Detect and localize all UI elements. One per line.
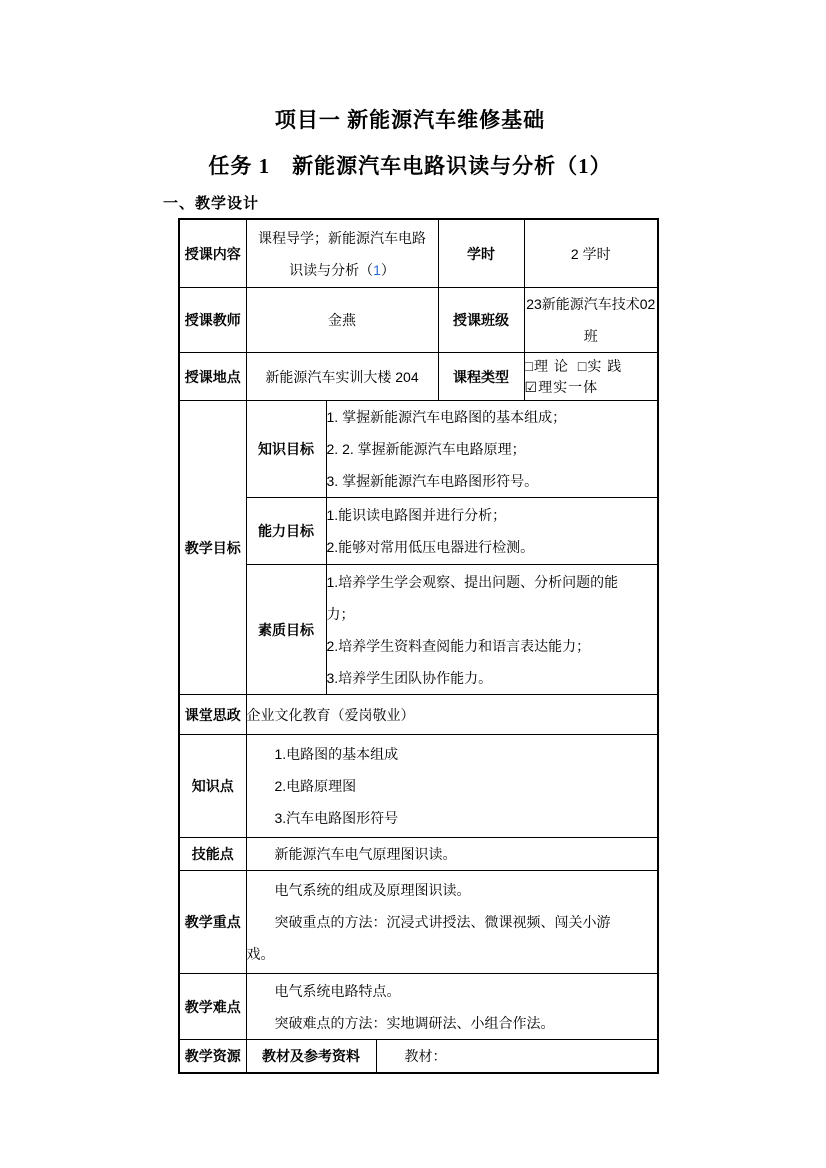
- difficult-points-line: 电气系统电路特点。: [247, 975, 658, 1007]
- table-row: 授课教师 金燕 授课班级 23新能源汽车技术02班: [179, 288, 658, 353]
- cell-label-knowledge-goal: 知识目标: [246, 401, 326, 498]
- knowledge-goal-line: 1. 掌握新能源汽车电路图的基本组成；: [327, 401, 658, 433]
- key-points-line: 戏。: [247, 938, 658, 970]
- cell-difficult-points-value: 电气系统电路特点。 突破难点的方法：实地调研法、小组合作法。: [246, 974, 658, 1040]
- course-type-option-label: 实 践: [587, 358, 622, 374]
- checkbox-unchecked-icon: □: [578, 356, 587, 377]
- quality-goal-line: 力；: [327, 598, 658, 630]
- cell-label-difficult-points: 教学难点: [179, 974, 246, 1040]
- table-row: 教学重点 电气系统的组成及原理图识读。 突破重点的方法：沉浸式讲授法、微课视频、…: [179, 871, 658, 974]
- table-row: 素质目标 1.培养学生学会观察、提出问题、分析问题的能 力； 2.培养学生资料查…: [179, 565, 658, 695]
- course-type-option-label: 理 论: [534, 358, 569, 374]
- cell-label-hours: 学时: [438, 219, 524, 288]
- table-row: 教学难点 电气系统电路特点。 突破难点的方法：实地调研法、小组合作法。: [179, 974, 658, 1040]
- key-points-line: 电气系统的组成及原理图识读。: [247, 874, 658, 906]
- cell-course-content-value: 课程导学；新能源汽车电路 识读与分析（1）: [246, 219, 438, 288]
- quality-goal-line: 3.培养学生团队协作能力。: [327, 662, 658, 694]
- course-type-option-label: 理实一体: [538, 379, 598, 395]
- knowledge-point-line: 1.电路图的基本组成: [247, 738, 658, 770]
- course-content-line2: 识读与分析（1）: [247, 254, 438, 286]
- table-row: 授课内容 课程导学；新能源汽车电路 识读与分析（1） 学时 2 学时: [179, 219, 658, 288]
- checkbox-checked-icon: ☑: [525, 377, 539, 398]
- key-points-line: 突破重点的方法：沉浸式讲授法、微课视频、闯关小游: [247, 906, 658, 938]
- cell-label-textbook-references: 教材及参考资料: [246, 1040, 376, 1074]
- document-page: 项目一 新能源汽车维修基础 任务 1 新能源汽车电路识读与分析（1） 一、教学设…: [0, 0, 826, 1168]
- checkbox-unchecked-icon: □: [525, 356, 534, 377]
- cell-label-resources: 教学资源: [179, 1040, 246, 1074]
- cell-quality-goal-value: 1.培养学生学会观察、提出问题、分析问题的能 力； 2.培养学生资料查阅能力和语…: [326, 565, 658, 695]
- teaching-design-table: 授课内容 课程导学；新能源汽车电路 识读与分析（1） 学时 2 学时 授课教师 …: [178, 218, 659, 1074]
- course-content-line2-post: ）: [381, 262, 395, 278]
- course-type-option-practice: □实 践: [578, 356, 622, 377]
- course-type-options-line2: ☑理实一体: [525, 377, 658, 398]
- ideology-content: 企业文化教育（爱岗敬业）: [247, 699, 658, 731]
- cell-label-location: 授课地点: [179, 353, 246, 401]
- cell-key-points-value: 电气系统的组成及原理图识读。 突破重点的方法：沉浸式讲授法、微课视频、闯关小游 …: [246, 871, 658, 974]
- course-type-option-theory: □理 论: [525, 356, 569, 377]
- knowledge-point-line: 3.汽车电路图形符号: [247, 802, 658, 834]
- cell-label-class: 授课班级: [438, 288, 524, 353]
- cell-label-skill-points: 技能点: [179, 838, 246, 871]
- cell-class-value: 23新能源汽车技术02班: [524, 288, 658, 353]
- cell-label-course-type: 课程类型: [438, 353, 524, 401]
- quality-goal-line: 2.培养学生资料查阅能力和语言表达能力；: [327, 630, 658, 662]
- cell-knowledge-points-value: 1.电路图的基本组成 2.电路原理图 3.汽车电路图形符号: [246, 735, 658, 838]
- cell-course-type-value: □理 论□实 践 ☑理实一体: [524, 353, 658, 401]
- document-subtitle: 任务 1 新能源汽车电路识读与分析（1）: [150, 150, 670, 180]
- cell-hours-value: 2 学时: [524, 219, 658, 288]
- ability-goal-line: 1.能识读电路图并进行分析；: [327, 499, 658, 531]
- quality-goal-line: 1.培养学生学会观察、提出问题、分析问题的能: [327, 566, 658, 598]
- course-type-option-integrated: ☑理实一体: [525, 377, 599, 398]
- difficult-points-line: 突破难点的方法：实地调研法、小组合作法。: [247, 1007, 658, 1039]
- cell-location-value: 新能源汽车实训大楼 204: [246, 353, 438, 401]
- cell-textbook-value: 教材：: [376, 1040, 658, 1074]
- cell-label-ideology: 课堂思政: [179, 695, 246, 735]
- section-heading: 一、教学设计: [163, 192, 259, 213]
- textbook-content: 教材：: [377, 1040, 658, 1072]
- course-content-line2-pre: 识读与分析（: [289, 262, 373, 278]
- cell-knowledge-goal-value: 1. 掌握新能源汽车电路图的基本组成； 2. 2. 掌握新能源汽车电路原理； 3…: [326, 401, 658, 498]
- skill-points-content: 新能源汽车电气原理图识读。: [247, 838, 658, 870]
- knowledge-point-line: 2.电路原理图: [247, 770, 658, 802]
- table-row: 教学目标 知识目标 1. 掌握新能源汽车电路图的基本组成； 2. 2. 掌握新能…: [179, 401, 658, 498]
- cell-label-quality-goal: 素质目标: [246, 565, 326, 695]
- cell-label-teacher: 授课教师: [179, 288, 246, 353]
- cell-label-ability-goal: 能力目标: [246, 498, 326, 565]
- cell-skill-points-value: 新能源汽车电气原理图识读。: [246, 838, 658, 871]
- cell-label-teaching-goals: 教学目标: [179, 401, 246, 695]
- table-row: 授课地点 新能源汽车实训大楼 204 课程类型 □理 论□实 践 ☑理实一体: [179, 353, 658, 401]
- table-row: 教学资源 教材及参考资料 教材：: [179, 1040, 658, 1074]
- cell-label-course-content: 授课内容: [179, 219, 246, 288]
- table-row: 技能点 新能源汽车电气原理图识读。: [179, 838, 658, 871]
- course-content-line2-number: 1: [373, 262, 381, 278]
- cell-teacher-value: 金燕: [246, 288, 438, 353]
- knowledge-goal-line: 3. 掌握新能源汽车电路图形符号。: [327, 465, 658, 497]
- table-row: 能力目标 1.能识读电路图并进行分析； 2.能够对常用低压电器进行检测。: [179, 498, 658, 565]
- ability-goal-line: 2.能够对常用低压电器进行检测。: [327, 531, 658, 563]
- course-content-line1: 课程导学；新能源汽车电路: [247, 222, 438, 254]
- knowledge-goal-line: 2. 2. 掌握新能源汽车电路原理；: [327, 433, 658, 465]
- table-row: 知识点 1.电路图的基本组成 2.电路原理图 3.汽车电路图形符号: [179, 735, 658, 838]
- cell-ideology-value: 企业文化教育（爱岗敬业）: [246, 695, 658, 735]
- document-title: 项目一 新能源汽车维修基础: [150, 104, 670, 134]
- cell-label-knowledge-points: 知识点: [179, 735, 246, 838]
- table-row: 课堂思政 企业文化教育（爱岗敬业）: [179, 695, 658, 735]
- cell-ability-goal-value: 1.能识读电路图并进行分析； 2.能够对常用低压电器进行检测。: [326, 498, 658, 565]
- cell-label-key-points: 教学重点: [179, 871, 246, 974]
- course-type-options-line1: □理 论□实 践: [525, 356, 658, 377]
